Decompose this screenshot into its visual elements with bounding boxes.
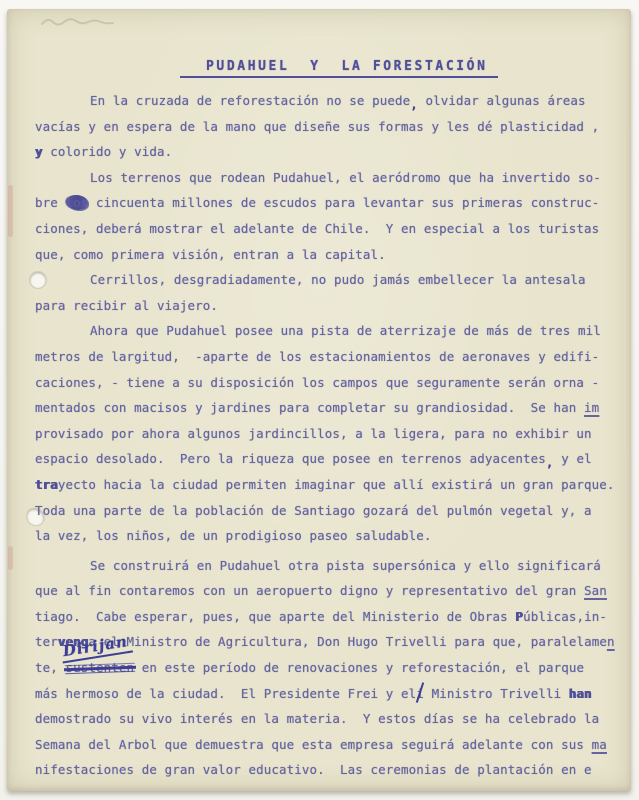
typed-line: Ahora que Pudahuel posee una pista de at…	[35, 318, 615, 344]
typed-text: Semana del Arbol que demuestra que esta …	[35, 737, 592, 752]
overstruck-text: P	[515, 609, 523, 624]
typed-line: trayecto hacia la ciudad permiten imagin…	[35, 472, 615, 498]
overstruck-text: y	[35, 144, 43, 159]
document-title: PUDAHUEL Y LA FORESTACIÓN	[180, 59, 498, 78]
typed-text: caciones, - tiene a su disposición los c…	[35, 375, 599, 390]
typed-text: para recibir al viajero.	[35, 298, 218, 313]
typed-text: yecto hacia la ciudad permiten imaginar …	[58, 477, 615, 492]
typed-line: que al fin contaremos con un aeropuerto …	[35, 578, 615, 604]
typed-text: Toda una parte de la población de Santia…	[35, 503, 592, 518]
typed-line: Los terrenos que rodean Pudahuel, el aer…	[35, 165, 615, 191]
typed-line: metros de largitud, -aparte de los estac…	[35, 344, 615, 370]
typed-line: caciones, - tiene a su disposición los c…	[35, 370, 615, 396]
document-page: PUDAHUEL Y LA FORESTACIÓN En la cruzada …	[7, 9, 631, 791]
typed-line: para recibir al viajero.	[35, 293, 615, 319]
typed-text: olvidar algunas áreas	[418, 93, 586, 108]
inserted-comma: ,	[546, 455, 554, 470]
typed-text: que al fin contaremos con un aeropuerto …	[35, 583, 584, 598]
typed-text: úblicas,in-	[523, 609, 607, 624]
underlined-continuation: San	[584, 583, 607, 598]
struck-character: i	[416, 686, 424, 701]
typed-text: a el Ministro de Agricultura, Don Hugo T…	[88, 634, 607, 649]
typed-text: te,	[35, 660, 66, 675]
typed-line: bre los cincuenta millones de escudos pa…	[35, 190, 615, 216]
underlined-continuation: ma	[592, 737, 607, 752]
typed-text: tiago. Cabe esperar, pues, que aparte de…	[35, 609, 515, 624]
typed-text: colorido y vida.	[43, 144, 173, 159]
pencil-note	[38, 13, 118, 31]
typed-line: y colorido y vida.	[35, 139, 615, 165]
typed-line: más hermoso de la ciudad. El Presidente …	[35, 681, 615, 707]
typed-text: Los terrenos que rodean Pudahuel, el aer…	[90, 170, 601, 185]
typed-text: vacías y en espera de la mano que diseñe…	[35, 119, 599, 134]
underlined-continuation: im	[584, 400, 599, 415]
struck-word: sustenten	[66, 660, 135, 675]
typed-text: Cerrillos, desgradiadamente, no pudo jam…	[90, 272, 586, 287]
typed-line: vacías y en espera de la mano que diseñe…	[35, 114, 615, 140]
typed-content: PUDAHUEL Y LA FORESTACIÓN En la cruzada …	[35, 55, 615, 783]
ink-blot: los	[66, 195, 89, 210]
typed-line: que, como primera visión, entran a la ca…	[35, 242, 615, 268]
typed-line: la vez, los niños, de un prodigioso pase…	[35, 523, 615, 549]
typed-text: Ministro Trivelli	[424, 686, 569, 701]
typed-line: provisado por ahora algunos jardincillos…	[35, 421, 615, 447]
typed-text: cincuenta millones de escudos para levan…	[88, 195, 599, 210]
typed-text: Se construirá en Pudahuel otra pista sup…	[90, 558, 601, 573]
typed-body: En la cruzada de reforestación no se pue…	[35, 88, 615, 783]
typed-text: nifestaciones de gran valor educativo. L…	[35, 762, 592, 777]
typed-line: tiago. Cabe esperar, pues, que aparte de…	[35, 604, 615, 630]
typed-text: En la cruzada de reforestación no se pue…	[90, 93, 410, 108]
underlined-continuation: n	[607, 634, 615, 649]
typed-text: ter	[35, 634, 58, 649]
scan-edge-mark	[8, 185, 13, 237]
typed-text: más hermoso de la ciudad. El Presidente …	[35, 686, 416, 701]
typed-text: que, como primera visión, entran a la ca…	[35, 247, 386, 262]
typed-line: Semana del Arbol que demuestra que esta …	[35, 732, 615, 758]
inserted-comma: ,	[410, 97, 418, 112]
typed-text: en este período de renovaciones y refore…	[134, 660, 584, 675]
typed-text: bre	[35, 195, 66, 210]
typed-line: te, Dirijansustenten en este período de …	[35, 655, 615, 681]
typed-line: Toda una parte de la población de Santia…	[35, 498, 615, 524]
typed-text: mentados con macisos y jardines para com…	[35, 400, 584, 415]
typed-line: Cerrillos, desgradiadamente, no pudo jam…	[35, 267, 615, 293]
typed-text: Ahora que Pudahuel posee una pista de at…	[90, 323, 601, 338]
typed-text: ciones, deberá mostrar el adelante de Ch…	[35, 221, 599, 236]
typed-line: espacio desolado. Pero la riqueza que po…	[35, 446, 615, 472]
typed-line: mentados con macisos y jardines para com…	[35, 395, 615, 421]
typed-text: metros de largitud, -aparte de los estac…	[35, 349, 599, 364]
overstruck-text: tra	[35, 477, 58, 492]
typed-text: la vez, los niños, de un prodigioso pase…	[35, 528, 432, 543]
typed-text: espacio desolado. Pero la riqueza que po…	[35, 451, 546, 466]
overstruck-text: han	[569, 686, 592, 701]
typed-text: y el	[554, 451, 592, 466]
typed-line: Se construirá en Pudahuel otra pista sup…	[35, 553, 615, 579]
typed-line: nifestaciones de gran valor educativo. L…	[35, 757, 615, 783]
typed-line: En la cruzada de reforestación no se pue…	[35, 88, 615, 114]
typed-text: provisado por ahora algunos jardincillos…	[35, 426, 592, 441]
typed-text: demostrado su vivo interés en la materia…	[35, 711, 599, 726]
typed-line: demostrado su vivo interés en la materia…	[35, 706, 615, 732]
scan-edge-mark	[8, 546, 13, 570]
typed-line: ciones, deberá mostrar el adelante de Ch…	[35, 216, 615, 242]
